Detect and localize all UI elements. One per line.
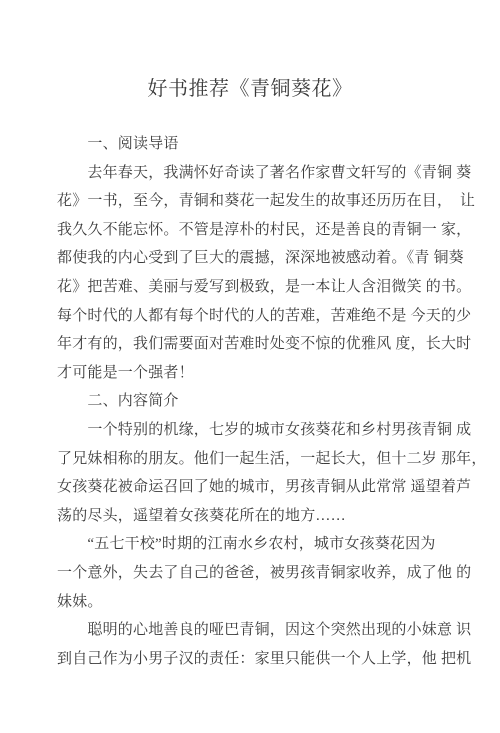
section-1-paragraph-1: 去年春天，我满怀好奇读了著名作家曹文轩写的《青铜 葵 花》一书，至今，青铜和葵花… bbox=[57, 159, 467, 388]
section-1-heading: 一、阅读导语 bbox=[57, 130, 467, 159]
document-page: 好书推荐《青铜葵花》 一、阅读导语 去年春天，我满怀好奇读了著名作家曹文轩写的《… bbox=[0, 0, 500, 733]
document-body: 一、阅读导语 去年春天，我满怀好奇读了著名作家曹文轩写的《青铜 葵 花》一书，至… bbox=[57, 130, 467, 673]
document-title: 好书推荐《青铜葵花》 bbox=[0, 72, 500, 101]
section-2-paragraph-1: 一个特别的机缘，七岁的城市女孩葵花和乡村男孩青铜 成 了兄妹相称的朋友。他们一起… bbox=[57, 416, 467, 530]
section-2-paragraph-2: “五七干校”时期的江南水乡农村，城市女孩葵花因为 一个意外，失去了自己的爸爸，被… bbox=[57, 530, 467, 616]
section-2-heading: 二、内容简介 bbox=[57, 387, 467, 416]
section-2-paragraph-3: 聪明的心地善良的哑巴青铜，因这个突然出现的小妹意 识 到自己作为小男子汉的责任：… bbox=[57, 616, 467, 673]
